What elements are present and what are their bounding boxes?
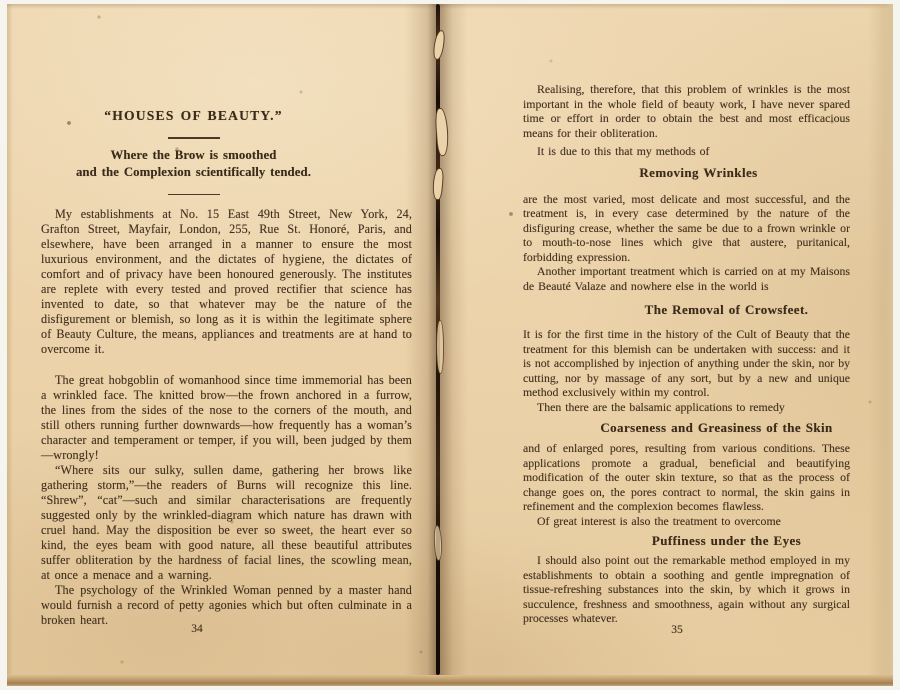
body-paragraph: Realising, therefore, that this problem … [523, 82, 850, 140]
section-divider-rule [168, 137, 220, 139]
body-paragraph: The great hobgoblin of womanhood since t… [41, 373, 412, 463]
lead-in-line: Then there are the balsamic applications… [523, 400, 850, 415]
body-paragraph: are the most varied, most delicate and m… [523, 192, 850, 265]
right-page: Realising, therefore, that this problem … [523, 82, 850, 626]
body-paragraph: “Where sits our sulky, sullen dame, gath… [41, 463, 412, 583]
chapter-title: “HOUSES OF BEAUTY.” [8, 108, 379, 123]
body-paragraph: and of enlarged pores, resulting from va… [523, 441, 850, 514]
gutter-shadow-right [440, 4, 468, 675]
body-paragraph: Another important treatment which is car… [523, 264, 850, 293]
section-divider-rule [168, 194, 220, 196]
body-paragraph: The psychology of the Wrinkled Woman pen… [41, 583, 412, 628]
body-paragraph: My establishments at No. 15 East 49th St… [41, 207, 412, 357]
chapter-subtitle-line-2: and the Complexion scientifically tended… [8, 164, 379, 181]
body-paragraph: I should also point out the remarkable m… [523, 553, 850, 626]
paper-foxing-specks [0, 0, 2, 2]
chapter-subtitle: Where the Brow is smoothed and the Compl… [8, 147, 379, 181]
torn-paper-fragment [436, 320, 444, 374]
section-heading-puffiness-under-eyes: Puffiness under the Eyes [563, 533, 890, 549]
lead-in-line: Of great interest is also the treatment … [523, 514, 850, 529]
page-number-right: 35 [627, 624, 727, 636]
body-paragraph: It is for the first time in the history … [523, 327, 850, 400]
chapter-subtitle-line-1: Where the Brow is smoothed [8, 147, 379, 164]
page-left-edge [7, 4, 13, 675]
section-heading-coarseness-greasiness: Coarseness and Greasiness of the Skin [553, 420, 880, 436]
lead-in-line: It is due to this that my methods of [523, 144, 850, 159]
page-number-left: 34 [147, 623, 247, 635]
page-bottom-edge [7, 675, 893, 686]
section-heading-removing-wrinkles: Removing Wrinkles [535, 165, 862, 181]
section-heading-removal-of-crowsfeet: The Removal of Crowsfeet. [563, 302, 890, 318]
left-page: “HOUSES OF BEAUTY.” Where the Brow is sm… [41, 108, 412, 628]
page-right-edge [868, 4, 893, 675]
scanned-book-spread: “HOUSES OF BEAUTY.” Where the Brow is sm… [0, 0, 900, 690]
